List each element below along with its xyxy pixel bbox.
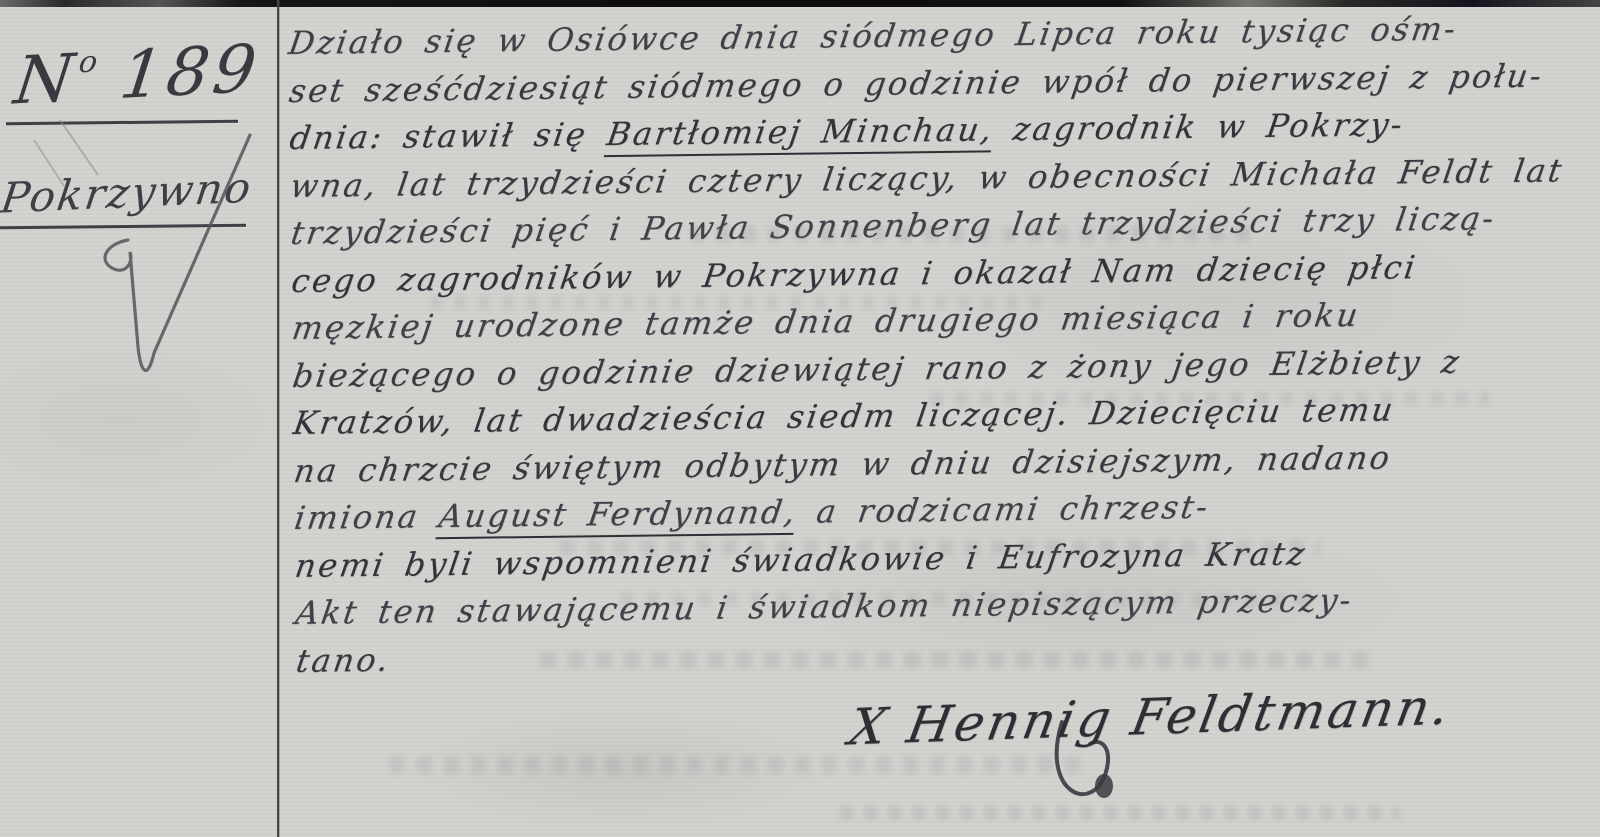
scanned-record-page: { "margin": { "number_prefix": "N", "num… [0, 0, 1600, 837]
scan-edge-bar [0, 0, 1600, 7]
underlined-name: Bartłomiej Minchau, [604, 110, 997, 157]
column-divider [277, 0, 279, 837]
registrar-signature: X Hennig Feldtmann. [845, 678, 1457, 757]
place-name-underline [0, 224, 246, 230]
record-number-prefix: N [10, 39, 82, 119]
bleed-through-smudge [390, 756, 1090, 774]
record-number-superscript: o [77, 44, 100, 80]
record-number-underline [6, 120, 238, 125]
underlined-name: August Ferdynand, [436, 493, 800, 539]
place-name: Pokrzywno [0, 162, 266, 222]
act-text: Działo się w Osiówce dnia siódmego Lipca… [288, 8, 1596, 689]
bleed-through-smudge [840, 806, 1400, 820]
record-number: No 189 [10, 30, 271, 120]
record-number-value: 189 [116, 30, 265, 114]
